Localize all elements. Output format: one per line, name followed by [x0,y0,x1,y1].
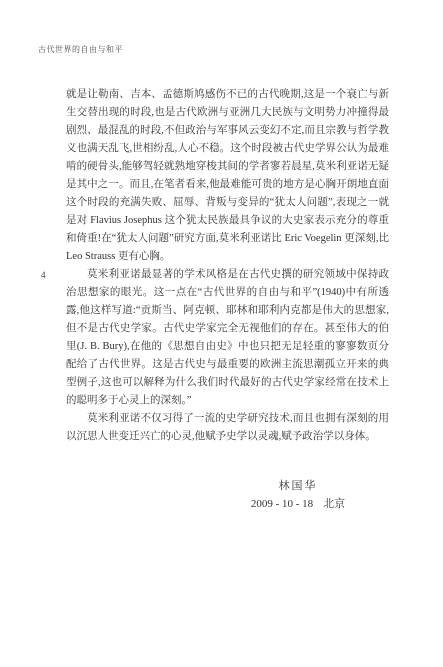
author-name: 林国华 [218,478,378,494]
signature-place: 北京 [323,498,345,510]
date-line: 2009 - 10 - 18北京 [218,496,378,512]
paragraph: 就是让勒南、吉本、孟德斯鸠感伤不已的古代晚期,这是一个衰亡与新生交替出现的时段,… [66,86,389,266]
body-text: 就是让勒南、吉本、孟德斯鸠感伤不已的古代晚期,这是一个衰亡与新生交替出现的时段,… [66,86,389,446]
paragraph: 莫米利亚诺最显著的学术风格是在古代史撰的研究领域中保持政治思想家的眼光。这一点在… [66,266,389,410]
signature-date: 2009 - 10 - 18 [251,498,313,510]
running-head: 古代世界的自由与和平 [38,44,123,55]
signature-block: 林国华 2009 - 10 - 18北京 [218,478,378,512]
paragraph: 莫米利亚诺不仅习得了一流的史学研究技术,而且也拥有深刻的用以沉思人世变迁兴亡的心… [66,410,389,446]
page-number: 4 [41,270,46,280]
book-page: 古代世界的自由与和平 4 就是让勒南、吉本、孟德斯鸠感伤不已的古代晚期,这是一个… [0,0,443,667]
